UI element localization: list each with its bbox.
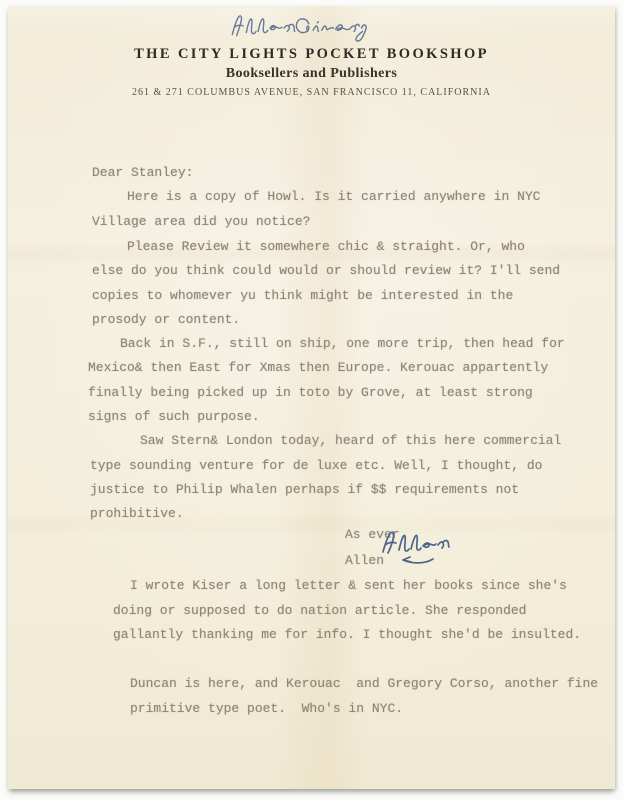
scanned-letter-page: THE CITY LIGHTS POCKET BOOKSHOP Booksell… [0,0,623,800]
typed-line: Dear Stanley: [92,165,193,181]
letterhead-subtitle: Booksellers and Publishers [8,66,615,82]
typed-line: I wrote Kiser a long letter & sent her b… [130,578,567,594]
bookshop-name: THE CITY LIGHTS POCKET BOOKSHOP [8,46,615,63]
letterhead-address: 261 & 271 COLUMBUS AVENUE, SAN FRANCISCO… [8,87,615,98]
typed-line: signs of such purpose. [88,409,260,425]
handwritten-name-top [228,8,368,44]
typed-line: finally being picked up in toto by Grove… [88,385,533,401]
typed-line: else do you think could would or should … [92,263,560,279]
typed-line: Duncan is here, and Kerouac and Gregory … [130,676,598,692]
typed-line: doing or supposed to do nation article. … [113,603,526,619]
typed-line: prosody or content. [92,312,240,328]
typed-line: Here is a copy of Howl. Is it carried an… [127,189,540,205]
handwritten-signature [378,524,456,568]
signature-arrow [403,557,433,563]
typed-line: Saw Stern& London today, heard of this h… [140,433,561,449]
typed-line: copies to whomever yu think might be int… [92,288,513,304]
typed-line: justice to Philip Whalen perhaps if $$ r… [90,482,519,498]
cursive-allen-icon [378,524,456,568]
typed-line: gallantly thanking me for info. I though… [113,627,581,643]
typed-line: type sounding venture for de luxe etc. W… [90,458,542,474]
cursive-signature-icon [228,8,368,44]
typed-line: Village area did you notice? [92,214,310,230]
typed-line: prohibitive. [90,506,184,522]
typed-line: primitive type poet. Who's in NYC. [130,701,403,717]
letterhead: THE CITY LIGHTS POCKET BOOKSHOP Booksell… [8,46,615,98]
typed-line: Please Review it somewhere chic & straig… [127,239,525,255]
typed-line: Back in S.F., still on ship, one more tr… [120,336,565,352]
typed-line: Mexico& then East for Xmas then Europe. … [88,360,548,376]
